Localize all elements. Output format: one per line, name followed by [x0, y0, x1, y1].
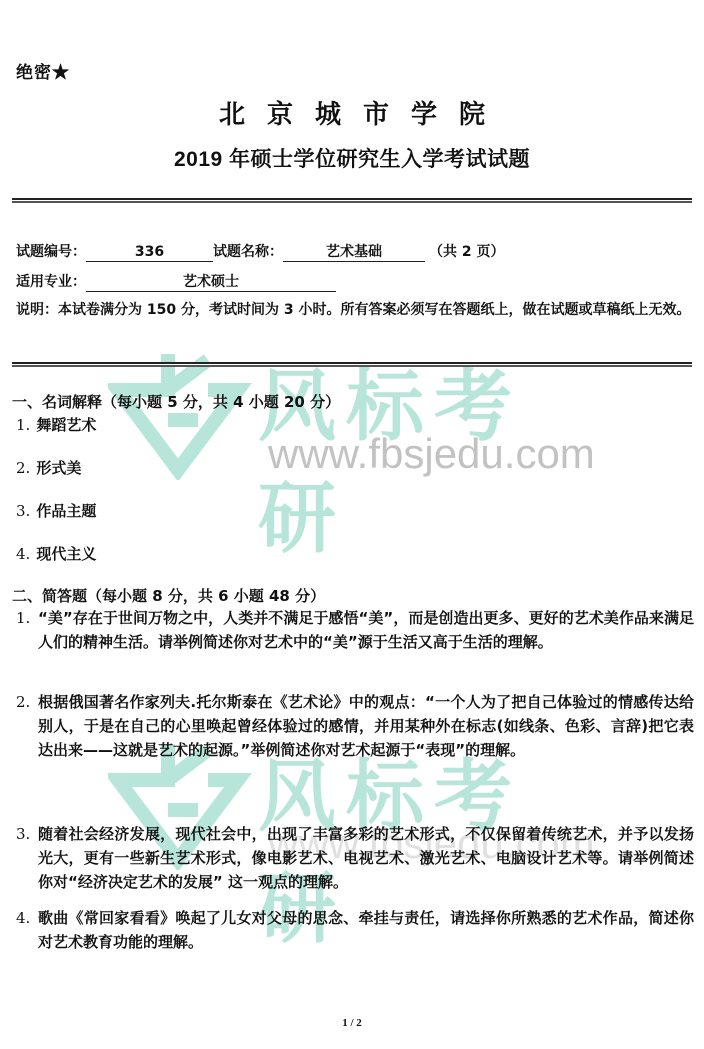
secret-mark: 绝密★: [16, 58, 70, 83]
pages-note: （共 2 页）: [429, 244, 505, 260]
section2-heading: 二、简答题（每小题 8 分，共 6 小题 48 分）: [12, 585, 325, 606]
info-divider: [12, 362, 692, 367]
code-label: 试题编号：: [16, 244, 86, 260]
major-label: 适用专业：: [16, 274, 86, 290]
watermark-brand: 风标考研: [258, 344, 608, 568]
exam-info-row: 试题编号：336试题名称：艺术基础（共 2 页）: [16, 241, 505, 262]
term-item: 2.形式美: [16, 457, 81, 478]
name-label: 试题名称：: [213, 244, 283, 260]
instructions: 说明：本试卷满分为 150 分，考试时间为 3 小时。所有答案必须写在答题纸上，…: [16, 298, 691, 322]
term-item: 1.舞蹈艺术: [16, 414, 96, 435]
page-indicator: 1 / 2: [0, 1017, 704, 1029]
exam-page: 风标考研 www.fbsjedu.com 风标考研 www.fbsjedu.co…: [0, 0, 704, 1049]
section1-heading: 一、名词解释（每小题 5 分，共 4 小题 20 分）: [12, 391, 340, 412]
watermark-url: www.fbsjedu.com: [268, 430, 595, 478]
term-item: 4.现代主义: [16, 543, 96, 564]
school-name: 北京城市学院: [0, 94, 704, 131]
major-row: 适用专业：艺术硕士: [16, 271, 336, 292]
question-item: 3. 随着社会经济发展，现代社会中，出现了丰富多彩的艺术形式，不仅保留着传统艺术…: [16, 822, 694, 894]
header-divider: [12, 198, 692, 203]
question-item: 4. 歌曲《常回家看看》唤起了儿女对父母的思念、牵挂与责任，请选择你所熟悉的艺术…: [16, 906, 694, 954]
name-value: 艺术基础: [283, 243, 425, 262]
code-value: 336: [86, 243, 213, 262]
question-item: 2. 根据俄国著名作家列夫.托尔斯泰在《艺术论》中的观点：“一个人为了把自己体验…: [16, 690, 694, 762]
question-item: 1. “美”存在于世间万物之中，人类并不满足于感悟“美”，而是创造出更多、更好的…: [16, 606, 694, 654]
watermark-logo-icon: [108, 350, 258, 480]
major-value: 艺术硕士: [86, 273, 336, 292]
watermark-top: 风标考研 www.fbsjedu.com: [108, 350, 608, 480]
term-item: 3.作品主题: [16, 500, 96, 521]
exam-title: 2019 年硕士学位研究生入学考试试题: [0, 143, 704, 173]
